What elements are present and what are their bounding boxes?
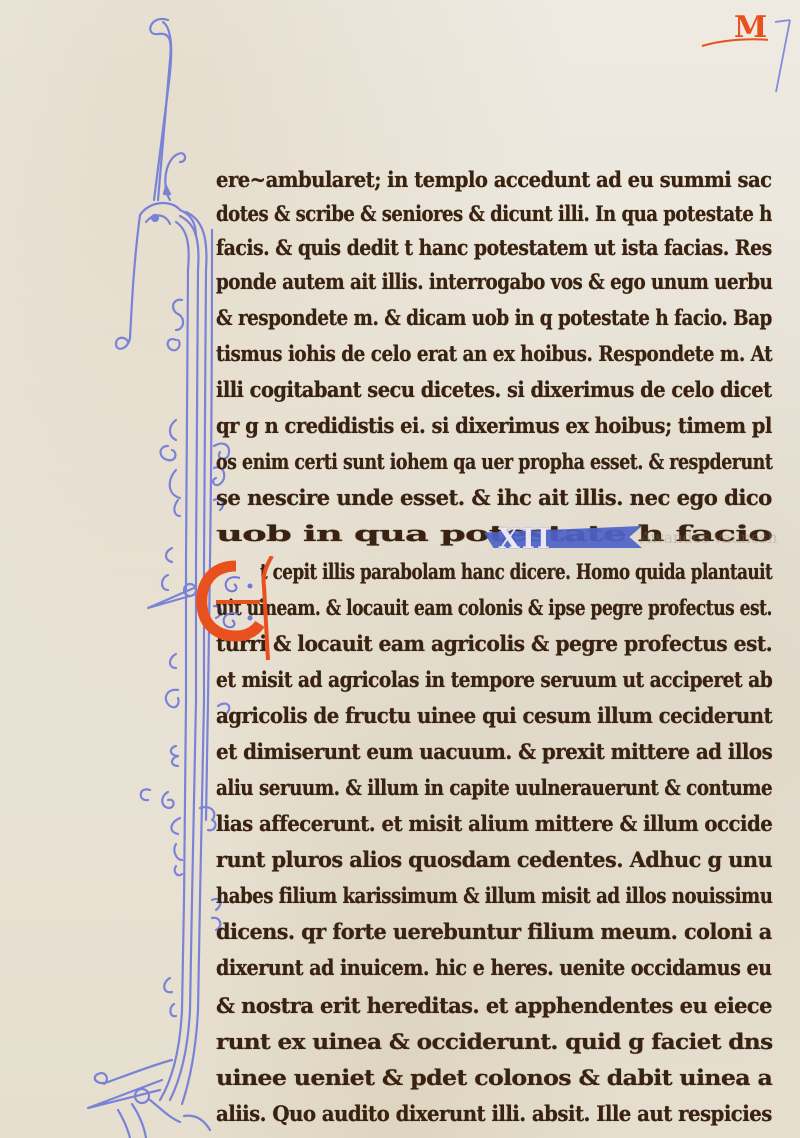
- text-line: runt ex uinea & occiderunt. quid g facie…: [216, 1030, 773, 1055]
- text-line: dicens. qr forte uerebuntur filium meum.…: [216, 920, 772, 945]
- rubric-letter: M: [734, 10, 767, 45]
- text-line: & respondete m. & dicam uob in q potesta…: [216, 306, 772, 331]
- chapter-number-marker: XII: [484, 518, 642, 554]
- text-line: ere~ambularet; in templo accedunt ad eu …: [216, 168, 772, 193]
- text-line: se nescire unde esset. & ihc ait illis. …: [216, 486, 772, 511]
- manuscript-page: M ere~ambularet; in templo accedunt ad e…: [0, 0, 800, 1138]
- text-line: aliu seruum. & illum in capite uulneraue…: [216, 776, 772, 801]
- text-line: ponde autem ait illis. interrogabo vos &…: [216, 270, 772, 295]
- text-line: qr g n credidistis ei. si dixerimus ex h…: [216, 414, 772, 439]
- running-header-mark: M: [722, 10, 792, 52]
- offset-ghost-text: Awandes vaunesh: [640, 528, 777, 547]
- text-line: turri & locauit eam agricolis & pegre pr…: [216, 632, 772, 657]
- text-line: uinee ueniet & pdet colonos & dabit uine…: [216, 1066, 772, 1091]
- text-line: os enim certi sunt iohem qa uer propha e…: [216, 450, 772, 475]
- text-line: & nostra erit hereditas. et apphendentes…: [216, 994, 772, 1019]
- red-initial-e-icon: [196, 556, 278, 662]
- text-line: et misit ad agricolas in tempore seruum …: [216, 668, 772, 693]
- text-line: dixerunt ad inuicem. hic e heres. uenite…: [216, 956, 772, 981]
- text-line: lias affecerunt. et misit alium mittere …: [216, 812, 772, 837]
- text-line: tismus iohis de celo erat an ex hoibus. …: [216, 342, 772, 367]
- decorated-initial: [196, 556, 278, 662]
- text-line: illi cogitabant secu dicetes. si dixerim…: [216, 378, 772, 403]
- text-line: habes filium karissimum & illum misit ad…: [216, 884, 772, 909]
- text-line: agricolis de fructu uinee qui cesum illu…: [216, 704, 772, 729]
- chapter-numeral: XII: [498, 522, 552, 555]
- text-line: dotes & scribe & seniores & dicunt illi.…: [216, 202, 772, 227]
- text-line: et dimiserunt eum uacuum. & prexit mitte…: [216, 740, 772, 765]
- text-line: aliis. Quo audito dixerunt illi. absit. …: [216, 1102, 772, 1127]
- text-line: runt pluros alios quosdam cedentes. Adhu…: [216, 848, 772, 873]
- text-line: facis. & quis dedit t hanc potestatem ut…: [216, 236, 772, 261]
- text-line: t cepit illis parabolam hanc dicere. Hom…: [260, 560, 772, 585]
- text-line: uit uineam. & locauit eam colonis & ipse…: [216, 596, 772, 621]
